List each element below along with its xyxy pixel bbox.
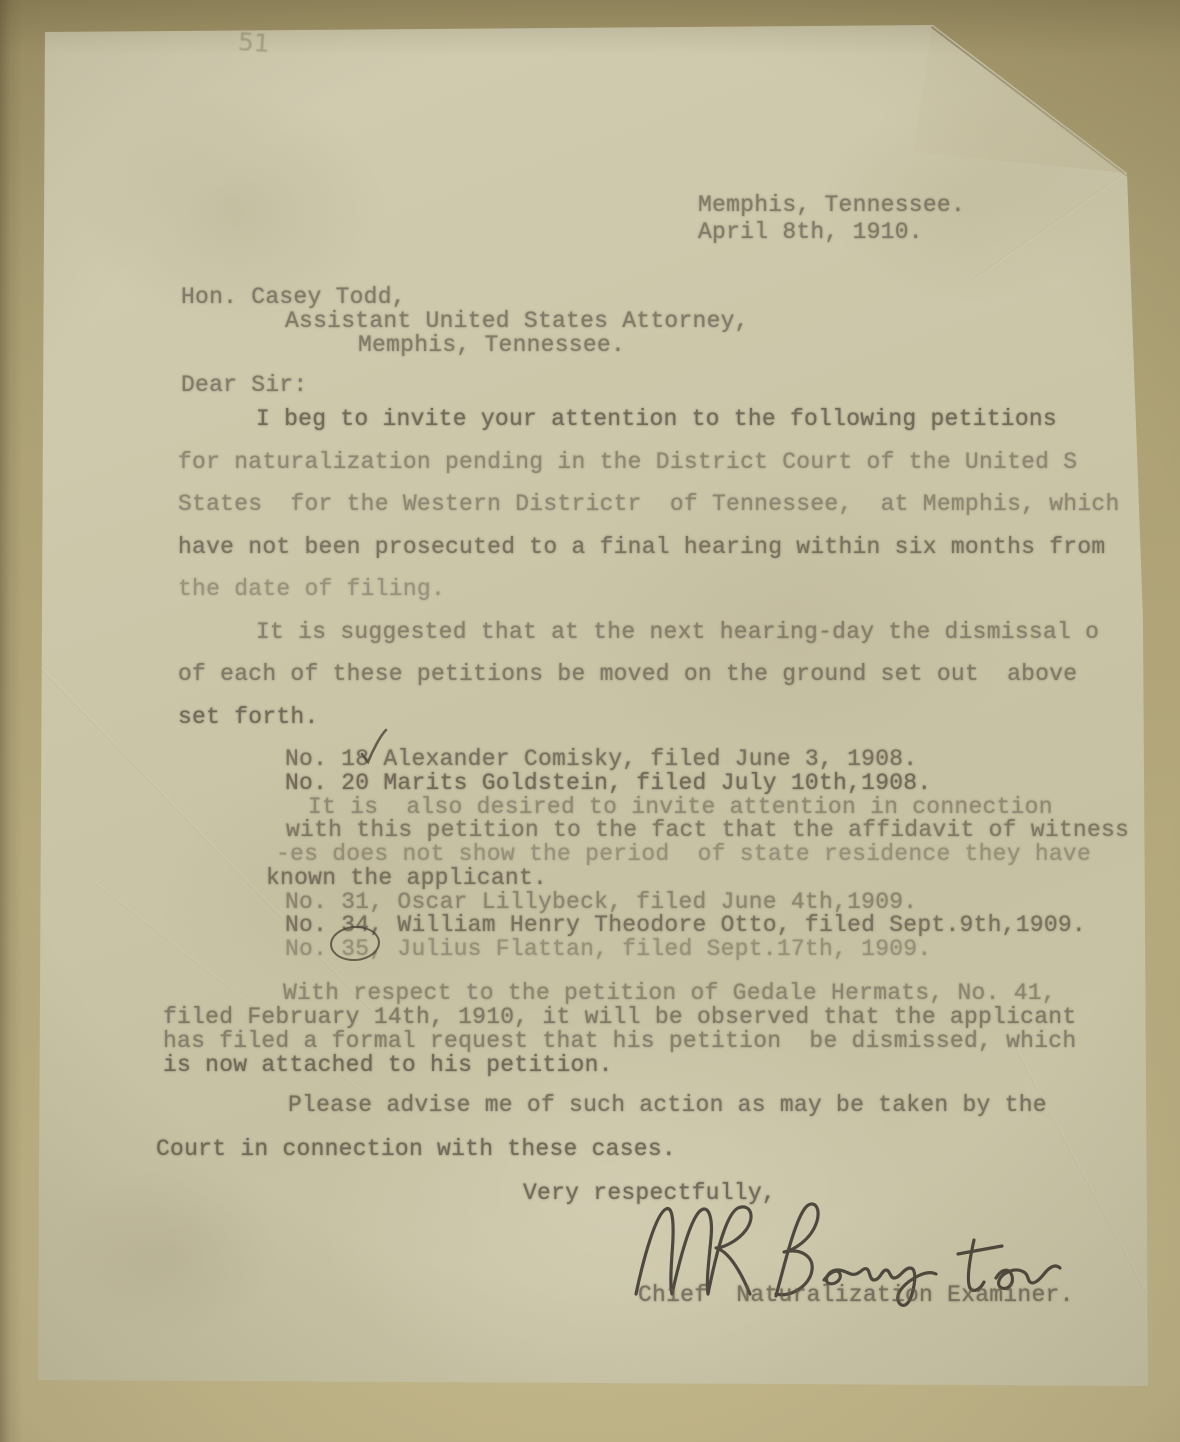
body-line: With respect to the petition of Gedale H… [283, 980, 1056, 1006]
photograph-background: 51 Memphis, Tennessee. April 8th, 1910. … [0, 0, 1180, 1442]
petition-note-line: -es does not show the period of state re… [276, 841, 1091, 867]
body-line: I beg to invite your attention to the fo… [256, 406, 1057, 432]
body-line: has filed a formal request that his peti… [163, 1028, 1076, 1054]
signature-title: Chief Naturalization Examiner. [638, 1282, 1074, 1308]
recipient-title: Assistant United States Attorney, [285, 308, 749, 334]
body-line: filed February 14th, 1910, it will be ob… [163, 1004, 1076, 1030]
letter-paper: 51 Memphis, Tennessee. April 8th, 1910. … [33, 20, 1148, 1390]
body-line: set forth. [178, 704, 319, 730]
body-line: Please advise me of such action as may b… [288, 1092, 1047, 1118]
dateline-date: April 8th, 1910. [698, 219, 923, 245]
folded-corner [33, 20, 1148, 320]
petition-line: No. 35, Julius Flattan, filed Sept.17th,… [285, 936, 931, 962]
checkmark-icon [356, 728, 388, 768]
body-line: the date of filing. [178, 576, 445, 602]
body-line: have not been prosecuted to a final hear… [178, 534, 1105, 560]
recipient-city: Memphis, Tennessee. [358, 332, 625, 358]
body-line: for naturalization pending in the Distri… [178, 449, 1077, 475]
pencil-mark: 51 [237, 27, 271, 58]
dateline-city: Memphis, Tennessee. [698, 192, 965, 218]
body-line: Court in connection with these cases. [156, 1136, 676, 1162]
body-line: is now attached to his petition. [163, 1052, 613, 1078]
fold-crease-line [931, 26, 1128, 177]
salutation: Dear Sir: [181, 372, 307, 398]
petition-note-line: with this petition to the fact that the … [286, 817, 1129, 843]
body-line: States for the Western Districtr of Tenn… [178, 491, 1120, 517]
body-line: of each of these petitions be moved on t… [178, 661, 1077, 687]
petition-line: No. 20 Marits Goldstein, filed July 10th… [285, 770, 931, 796]
petition-line: No. 34, William Henry Theodore Otto, fil… [285, 912, 1086, 938]
crease-line [969, 172, 1126, 283]
recipient-name: Hon. Casey Todd, [181, 284, 406, 310]
body-line: It is suggested that at the next hearing… [256, 619, 1099, 645]
petition-note-line: known the applicant. [266, 865, 547, 891]
